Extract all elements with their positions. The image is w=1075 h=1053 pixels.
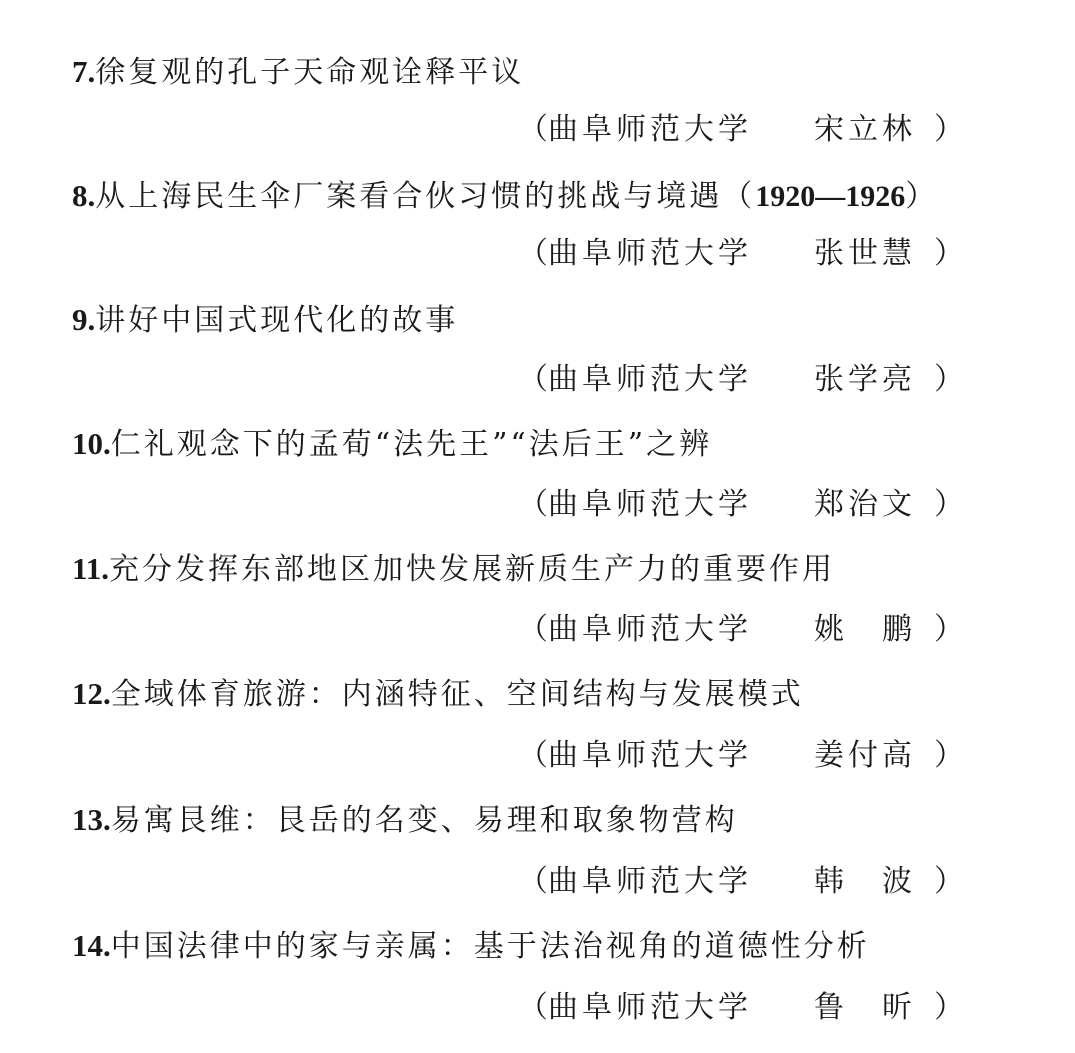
close-paren: ）	[934, 988, 964, 1028]
document-page: 7.徐复观的孔子天命观诠释平议 （ 曲阜师范大学 宋立林 ） 8.从上海民生伞厂…	[0, 0, 1075, 1053]
university: 曲阜师范大学	[548, 610, 752, 650]
entry-affiliation: （ 曲阜师范大学 郑治文 ）	[518, 485, 938, 525]
entry-number: 9.	[72, 302, 95, 337]
author: 韩 波	[814, 862, 934, 902]
open-paren: （	[518, 485, 548, 525]
entry-number: 14.	[72, 928, 111, 963]
entry-number: 7.	[72, 54, 95, 89]
university: 曲阜师范大学	[548, 485, 752, 525]
entry-affiliation: （ 曲阜师范大学 姜付高 ）	[518, 736, 938, 776]
author: 张学亮	[814, 360, 934, 400]
university: 曲阜师范大学	[548, 360, 752, 400]
entry-affiliation: （ 曲阜师范大学 张世慧 ）	[518, 234, 938, 274]
open-paren: （	[518, 110, 548, 150]
university: 曲阜师范大学	[548, 110, 752, 150]
entry-number: 12.	[72, 676, 111, 711]
author: 张世慧	[814, 234, 934, 274]
author: 姚 鹏	[814, 610, 934, 650]
entry-affiliation: （ 曲阜师范大学 张学亮 ）	[518, 360, 938, 400]
open-paren: （	[518, 988, 548, 1028]
university: 曲阜师范大学	[548, 862, 752, 902]
entry-number: 10.	[72, 426, 111, 461]
entry-title-tail: ）	[905, 179, 938, 214]
entry-title: 13.易寓艮维：艮岳的名变、易理和取象物营构	[72, 800, 738, 841]
close-paren: ）	[934, 110, 964, 150]
open-paren: （	[518, 234, 548, 274]
author: 鲁 昕	[814, 988, 934, 1028]
entry-title-text: 全域体育旅游：内涵特征、空间结构与发展模式	[111, 677, 804, 712]
entry-title-text: 仁礼观念下的孟荀“法先王”“法后王”之辨	[111, 427, 712, 462]
entry-number: 11.	[72, 551, 109, 586]
university: 曲阜师范大学	[548, 736, 752, 776]
entry-title-text: 易寓艮维：艮岳的名变、易理和取象物营构	[111, 803, 738, 838]
entry-title: 9.讲好中国式现代化的故事	[72, 300, 458, 341]
entry-title: 10.仁礼观念下的孟荀“法先王”“法后王”之辨	[72, 424, 712, 465]
close-paren: ）	[934, 736, 964, 776]
close-paren: ）	[934, 485, 964, 525]
close-paren: ）	[934, 234, 964, 274]
close-paren: ）	[934, 360, 964, 400]
close-paren: ）	[934, 610, 964, 650]
entry-number: 13.	[72, 802, 111, 837]
university: 曲阜师范大学	[548, 234, 752, 274]
entry-affiliation: （ 曲阜师范大学 姚 鹏 ）	[518, 610, 938, 650]
open-paren: （	[518, 736, 548, 776]
open-paren: （	[518, 360, 548, 400]
entry-title: 14.中国法律中的家与亲属：基于法治视角的道德性分析	[72, 926, 870, 967]
entry-title-text: 徐复观的孔子天命观诠释平议	[95, 55, 524, 90]
entry-title-text: 讲好中国式现代化的故事	[95, 303, 458, 338]
entry-title: 7.徐复观的孔子天命观诠释平议	[72, 52, 524, 93]
entry-affiliation: （ 曲阜师范大学 宋立林 ）	[518, 110, 938, 150]
university: 曲阜师范大学	[548, 988, 752, 1028]
entry-title-text: 中国法律中的家与亲属：基于法治视角的道德性分析	[111, 929, 870, 964]
open-paren: （	[518, 610, 548, 650]
entry-title-years: 1920—1926	[755, 180, 905, 213]
entry-number: 8.	[72, 178, 95, 213]
entry-affiliation: （ 曲阜师范大学 鲁 昕 ）	[518, 988, 938, 1028]
author: 郑治文	[814, 485, 934, 525]
open-paren: （	[518, 862, 548, 902]
author: 宋立林	[814, 110, 934, 150]
entry-title-text: 充分发挥东部地区加快发展新质生产力的重要作用	[109, 552, 835, 587]
entry-title: 11.充分发挥东部地区加快发展新质生产力的重要作用	[72, 549, 835, 590]
close-paren: ）	[934, 862, 964, 902]
entry-title: 12.全域体育旅游：内涵特征、空间结构与发展模式	[72, 674, 804, 715]
entry-title: 8.从上海民生伞厂案看合伙习惯的挑战与境遇（1920—1926）	[72, 176, 938, 217]
author: 姜付高	[814, 736, 934, 776]
entry-affiliation: （ 曲阜师范大学 韩 波 ）	[518, 862, 938, 902]
entry-title-text: 从上海民生伞厂案看合伙习惯的挑战与境遇（	[95, 179, 755, 214]
